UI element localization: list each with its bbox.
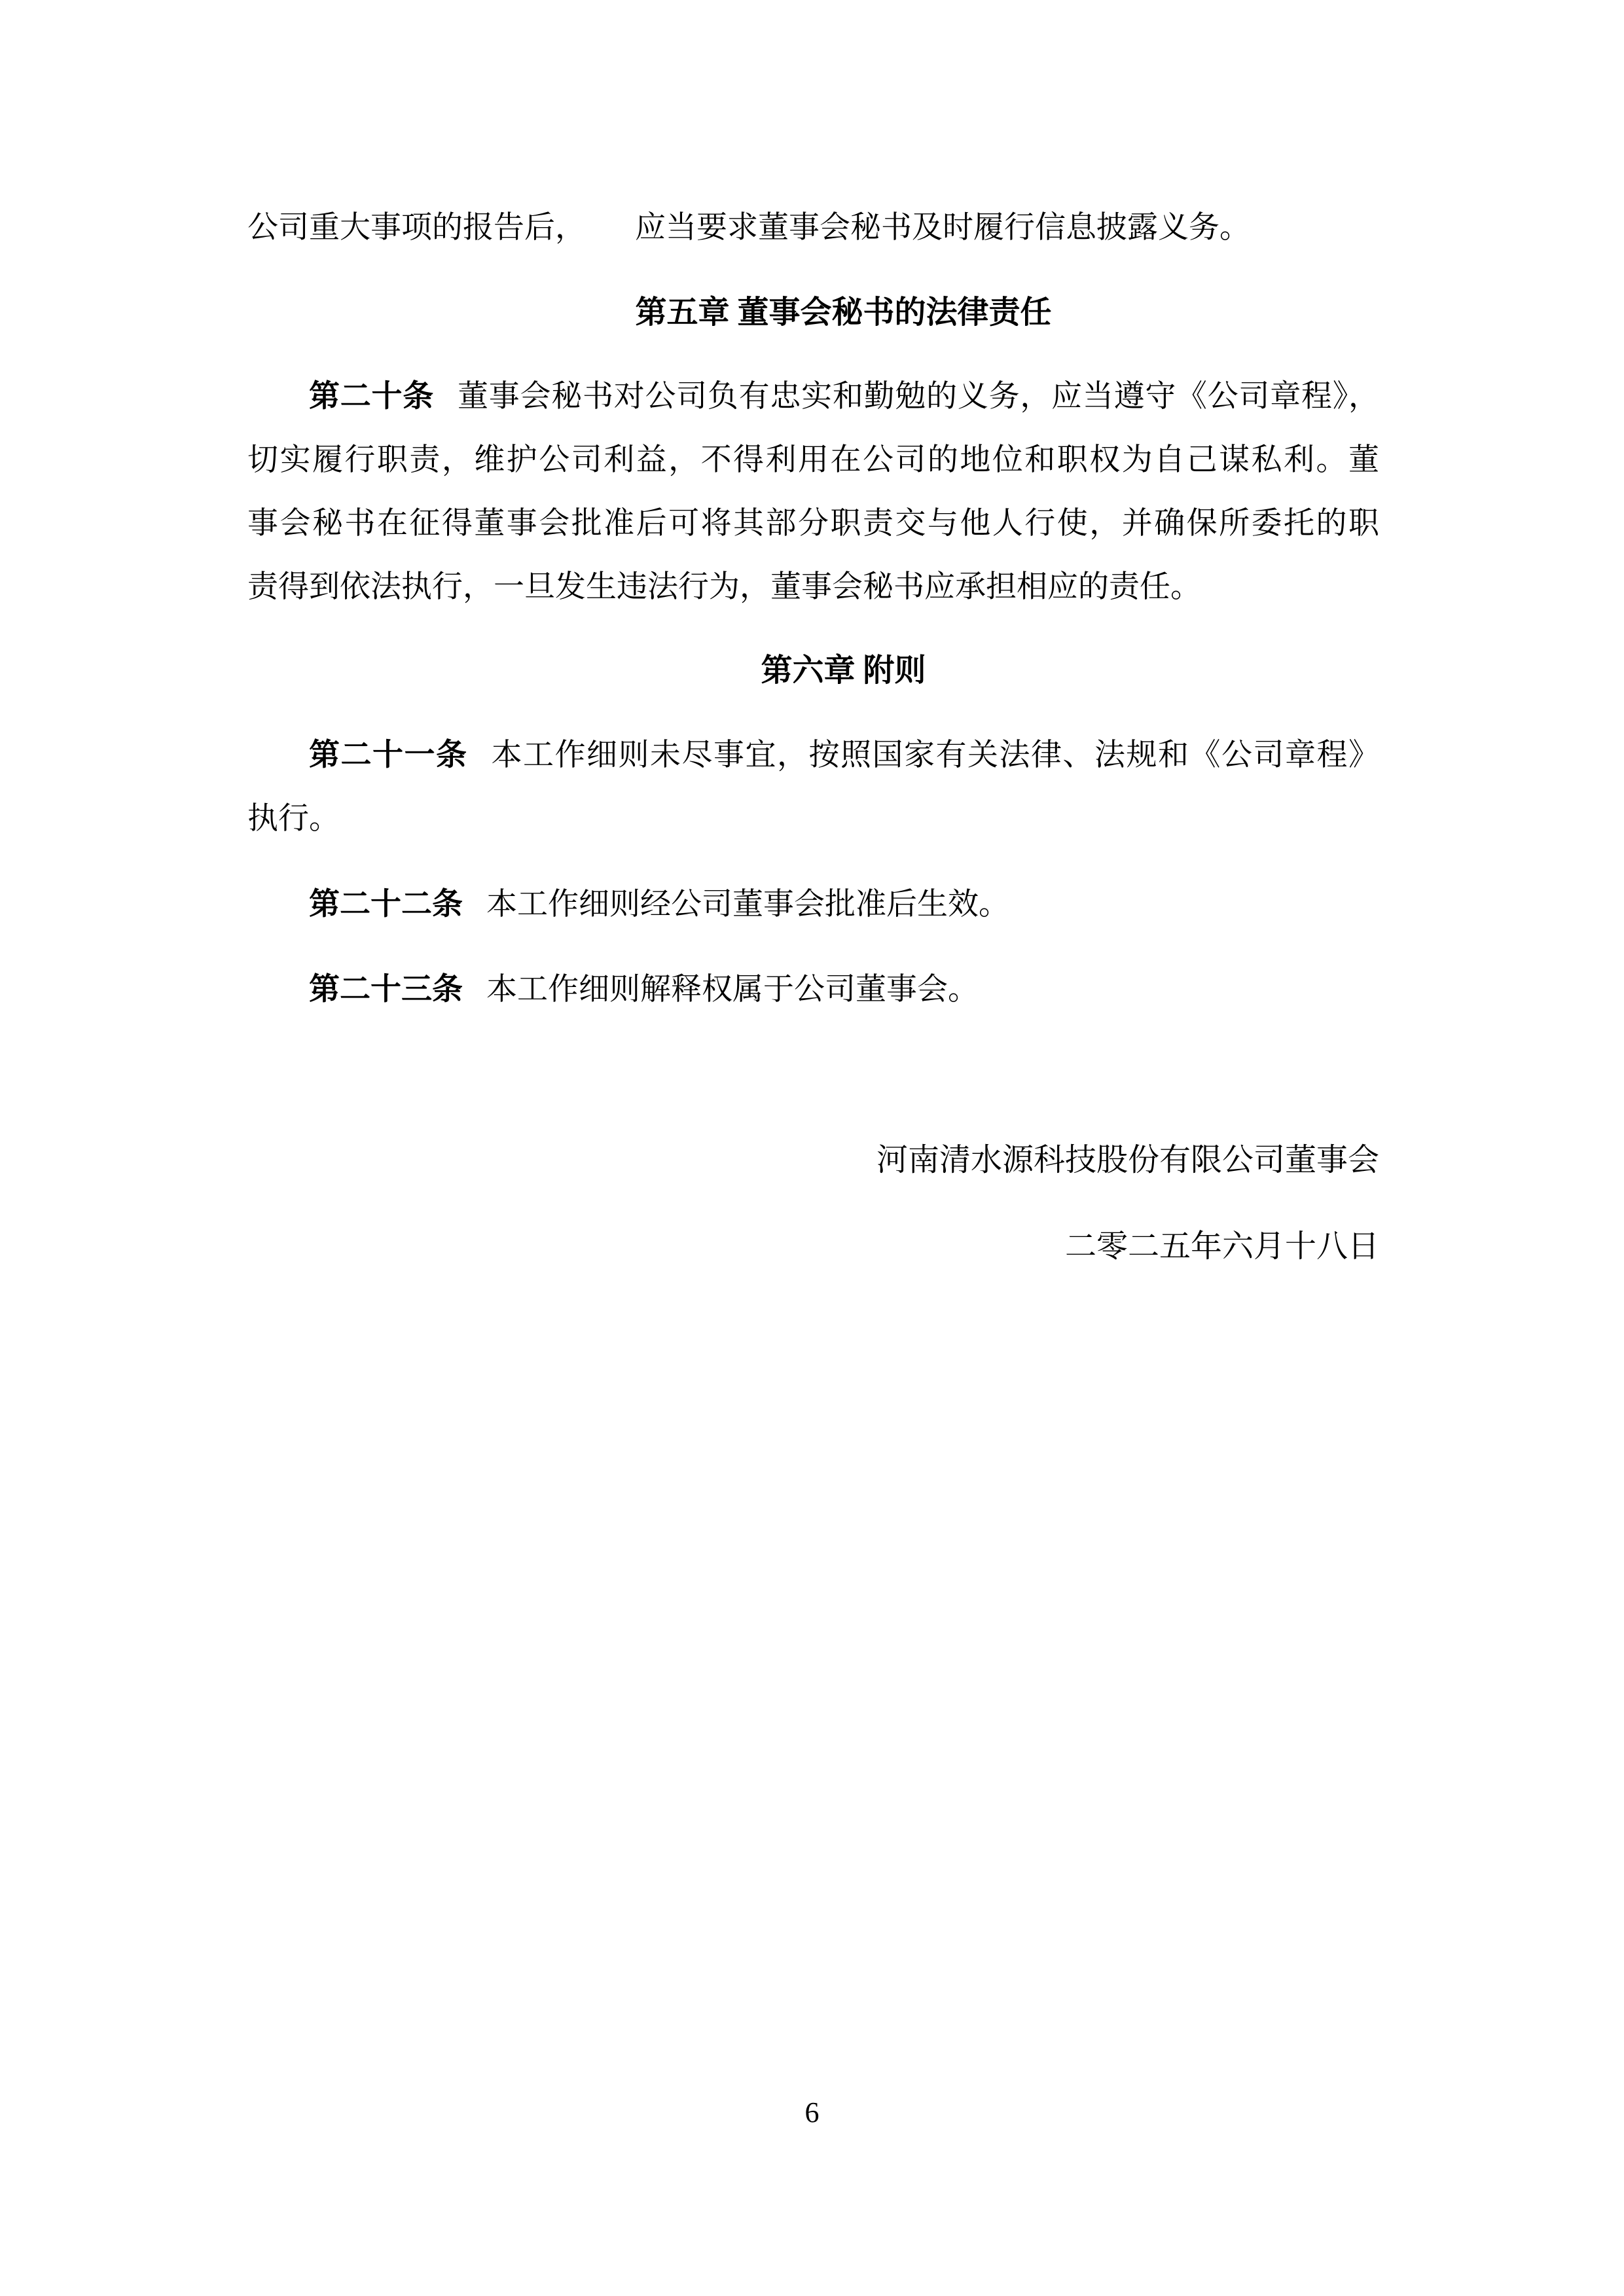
document-content: 公司重大事项的报告后，应当要求董事会秘书及时履行信息披露义务。 第五章 董事会秘… xyxy=(0,0,1624,1278)
page-number: 6 xyxy=(0,2098,1624,2127)
signature-company: 河南清水源科技股份有限公司董事会 xyxy=(247,1128,1379,1192)
article21-paragraph: 第二十一条本工作细则未尽事宜，按照国家有关法律、法规和《公司章程》 执行。 xyxy=(247,724,1379,851)
document-page: 公司重大事项的报告后，应当要求董事会秘书及时履行信息披露义务。 第五章 董事会秘… xyxy=(0,0,1624,2296)
continuation-paragraph-line: 公司重大事项的报告后，应当要求董事会秘书及时履行信息披露义务。 xyxy=(247,196,1379,260)
continuation-text-part1: 公司重大事项的报告后， xyxy=(247,211,586,245)
article21-line1: 第二十一条本工作细则未尽事宜，按照国家有关法律、法规和《公司章程》 xyxy=(247,724,1379,787)
article21-label: 第二十一条 xyxy=(309,738,468,772)
article20-line4: 责得到依法执行，一旦发生违法行为，董事会秘书应承担相应的责任。 xyxy=(247,556,1379,619)
article23-text: 本工作细则解释权属于公司董事会。 xyxy=(486,973,979,1007)
article20-line2: 切实履行职责，维护公司利益，不得利用在公司的地位和职权为自己谋私利。董 xyxy=(247,429,1379,492)
article21-line1-text: 本工作细则未尽事宜，按照国家有关法律、法规和《公司章程》 xyxy=(492,738,1380,772)
article22-text: 本工作细则经公司董事会批准后生效。 xyxy=(486,888,1009,922)
article20-line3: 事会秘书在征得董事会批准后可将其部分职责交与他人行使，并确保所委托的职 xyxy=(247,492,1379,556)
article22-line: 第二十二条本工作细则经公司董事会批准后生效。 xyxy=(247,873,1379,937)
signature-block: 河南清水源科技股份有限公司董事会 二零二五年六月十八日 xyxy=(247,1128,1379,1278)
article20-paragraph: 第二十条董事会秘书对公司负有忠实和勤勉的义务，应当遵守《公司章程》， 切实履行职… xyxy=(247,365,1379,619)
article20-label: 第二十条 xyxy=(309,380,434,414)
chapter5-heading: 第五章 董事会秘书的法律责任 xyxy=(278,281,1409,344)
article22-label: 第二十二条 xyxy=(309,888,463,922)
article23-paragraph: 第二十三条本工作细则解释权属于公司董事会。 xyxy=(247,958,1379,1022)
chapter6-heading: 第六章 附则 xyxy=(278,639,1409,702)
article20-line1-text: 董事会秘书对公司负有忠实和勤勉的义务，应当遵守《公司章程》， xyxy=(458,380,1379,414)
article23-line: 第二十三条本工作细则解释权属于公司董事会。 xyxy=(247,958,1379,1022)
article20-line1: 第二十条董事会秘书对公司负有忠实和勤勉的义务，应当遵守《公司章程》， xyxy=(247,365,1379,429)
continuation-text-part2: 应当要求董事会秘书及时履行信息披露义务。 xyxy=(635,211,1250,245)
article23-label: 第二十三条 xyxy=(309,973,463,1007)
signature-date: 二零二五年六月十八日 xyxy=(247,1215,1379,1278)
article22-paragraph: 第二十二条本工作细则经公司董事会批准后生效。 xyxy=(247,873,1379,937)
article21-line2: 执行。 xyxy=(247,787,1379,851)
